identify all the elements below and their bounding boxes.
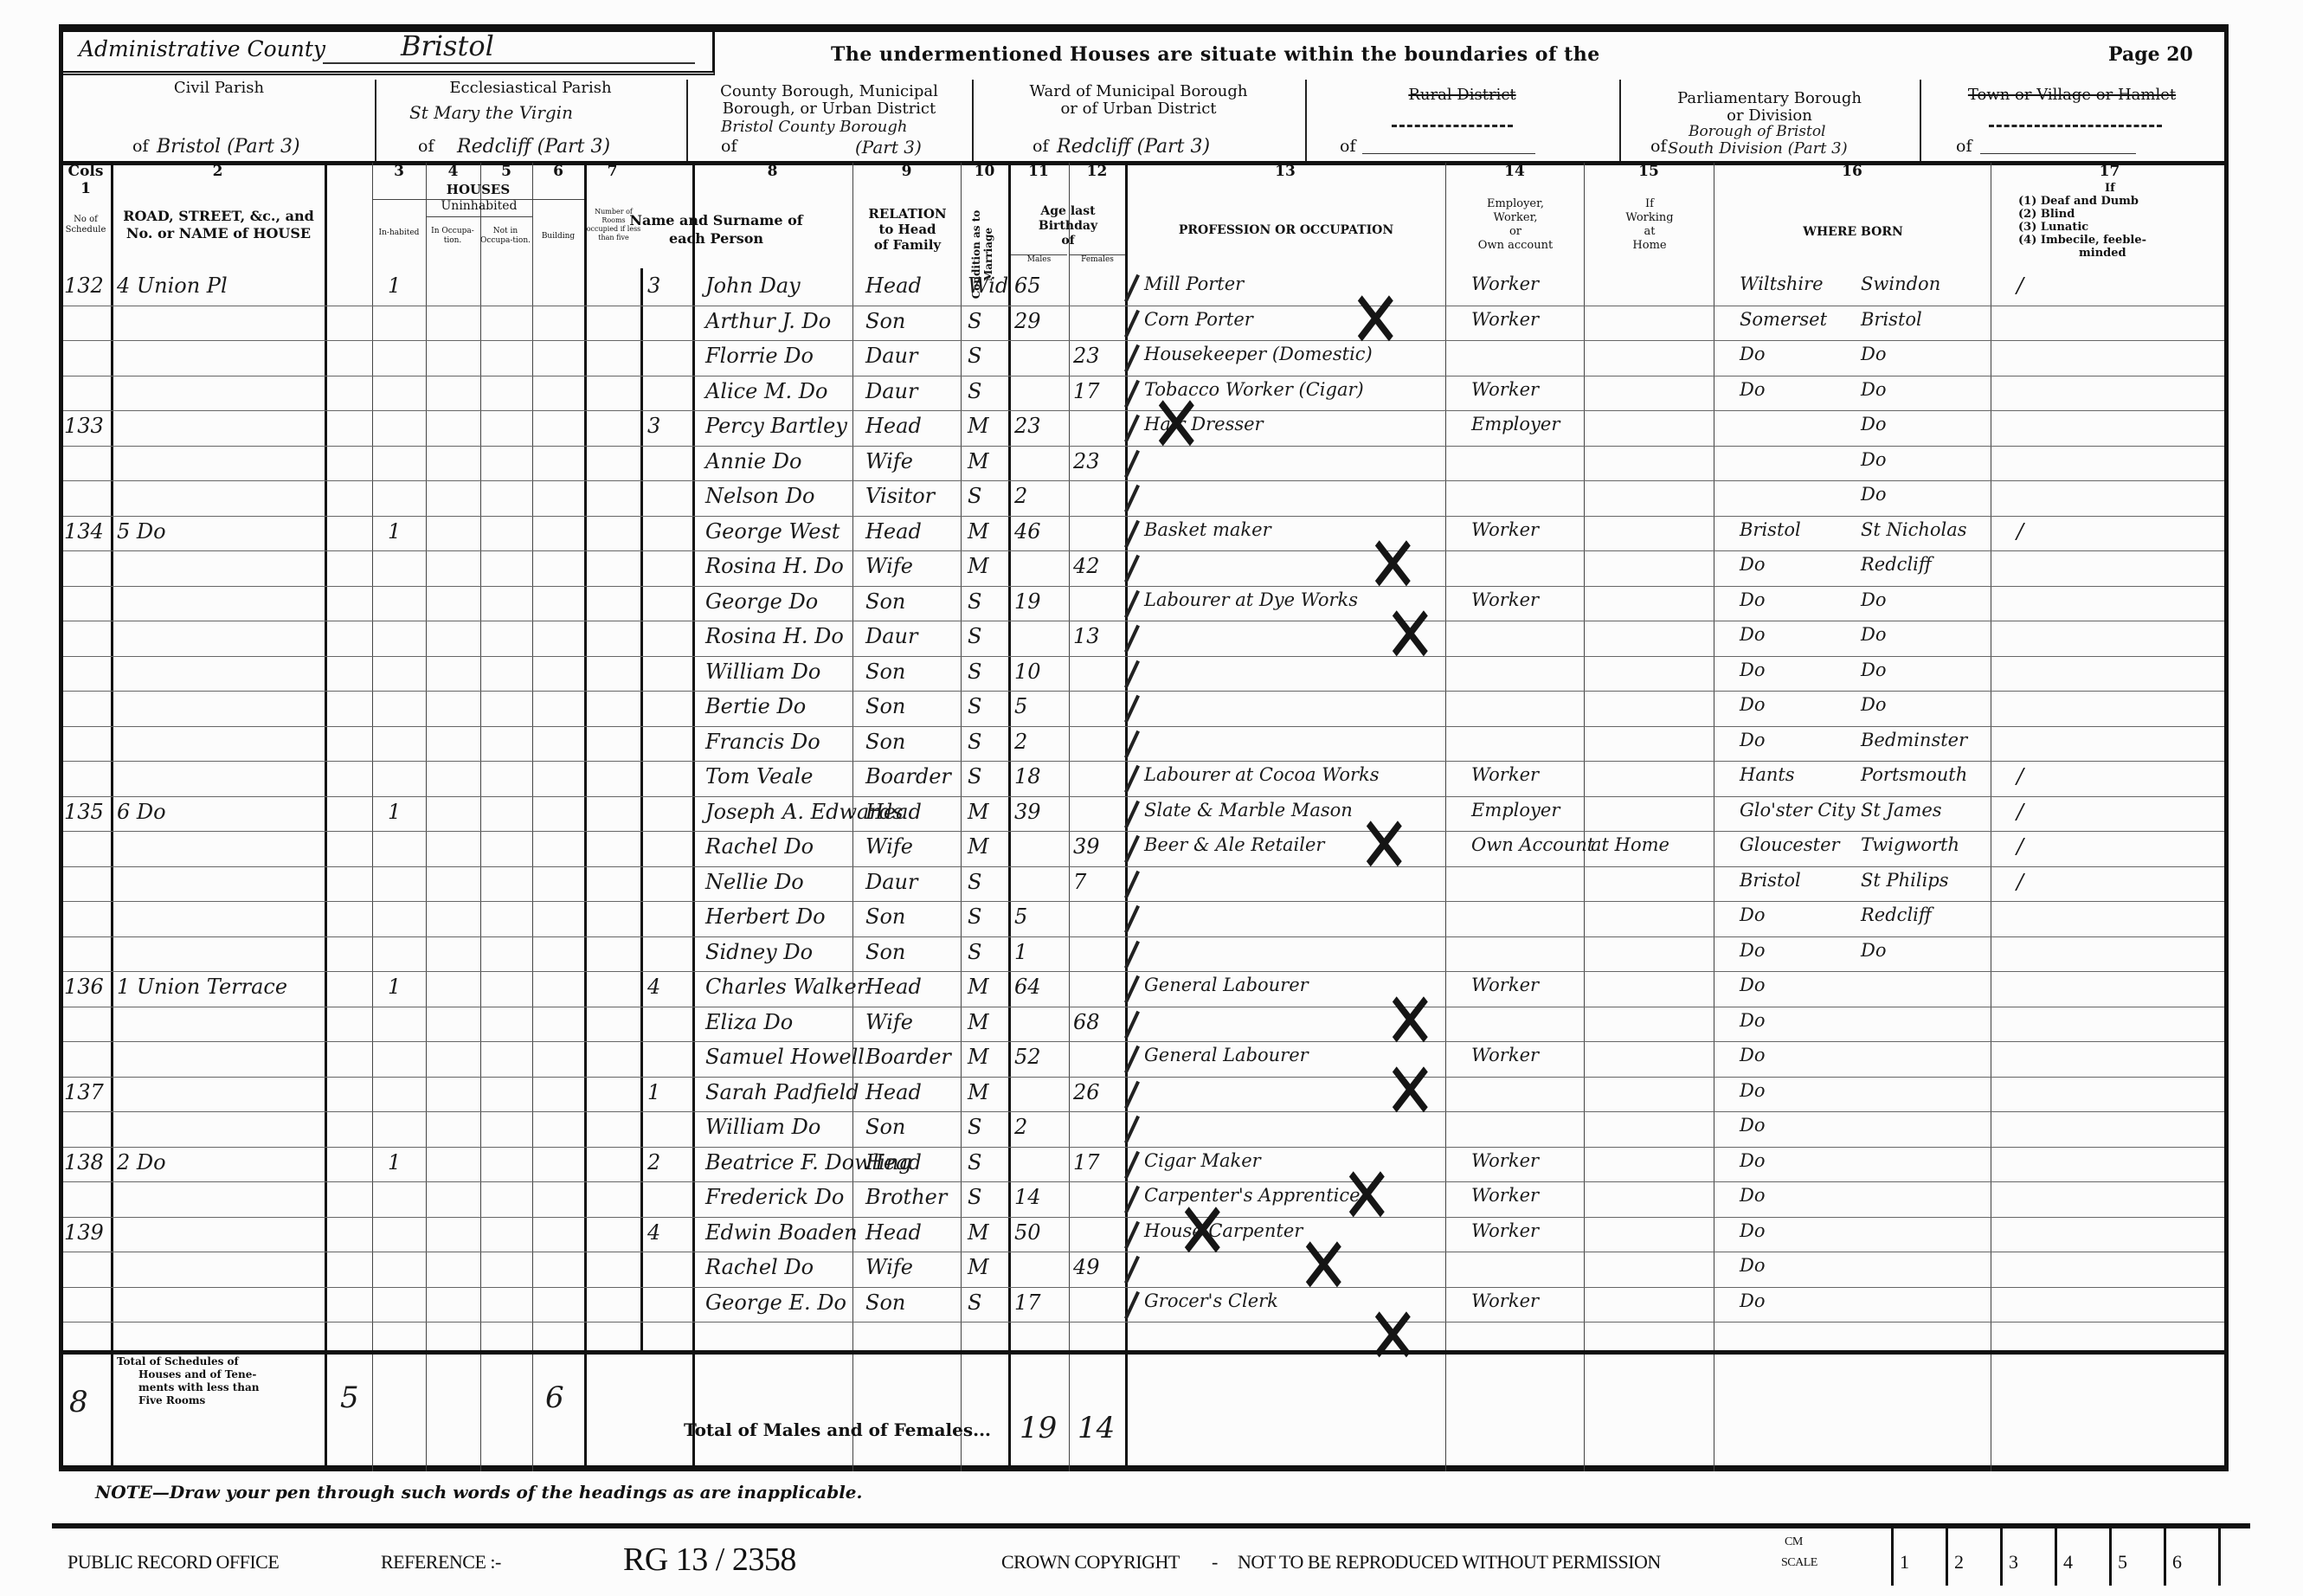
person-name: Alice M. Do xyxy=(705,379,827,403)
col1-header: No of Schedule xyxy=(61,215,111,235)
uninhabited-header: Uninhabited xyxy=(426,199,532,217)
col13-header: PROFESSION OR OCCUPATION xyxy=(1127,223,1445,237)
column-number: 8 xyxy=(692,163,852,182)
employment-status: Worker xyxy=(1471,975,1539,995)
ecclesiastical-parish-value: Redcliff (Part 3) xyxy=(457,136,610,158)
ecclesiastical-parish-value-line1: St Mary the Virgin xyxy=(409,102,573,123)
enumerator-cross-icon: ✕ xyxy=(1341,1157,1393,1236)
age-male: 64 xyxy=(1014,975,1041,999)
col12-header: Females xyxy=(1070,254,1125,264)
totals-rule xyxy=(63,1350,2224,1355)
person-name: Rachel Do xyxy=(705,1255,814,1279)
address: 1 Union Terrace xyxy=(117,975,287,999)
age-male: 10 xyxy=(1014,660,1041,684)
person-name: Arthur J. Do xyxy=(705,309,831,333)
age-male: 14 xyxy=(1014,1185,1041,1209)
person-name: Nellie Do xyxy=(705,870,804,894)
totals-label-line3: ments with less than xyxy=(117,1381,320,1394)
employment-status: Employer xyxy=(1471,414,1560,434)
marital-condition: S xyxy=(968,1290,981,1315)
col17-header-line1: (1) Deaf and Dumb xyxy=(2018,195,2224,208)
total-females: 14 xyxy=(1078,1411,1115,1445)
col3-header: In-habited xyxy=(374,228,424,238)
scale-tick xyxy=(1946,1528,1948,1586)
col9-header: RELATION to Head of Family xyxy=(854,206,961,253)
parliamentary-borough-title-1: Parliamentary Borough xyxy=(1619,90,1920,107)
scale-tick xyxy=(2109,1528,2112,1586)
column-divider xyxy=(1069,163,1070,1471)
employment-status: Worker xyxy=(1471,1220,1539,1241)
row-rule xyxy=(63,550,2224,551)
row-rule xyxy=(63,1322,2224,1322)
relation: Head xyxy=(865,975,922,999)
col6-header: Building xyxy=(533,232,583,241)
infirmity-mark: / xyxy=(2017,834,2023,859)
age-female: 39 xyxy=(1073,834,1100,859)
occupation: Corn Porter xyxy=(1144,309,1253,330)
column-number: 9 xyxy=(852,163,961,182)
enumerator-cross-icon: ✕ xyxy=(1367,1297,1418,1376)
age-male: 39 xyxy=(1014,800,1041,824)
age-female: 17 xyxy=(1073,1150,1100,1174)
birthplace-parish: Bristol xyxy=(1861,309,1922,330)
relation: Visitor xyxy=(865,484,935,508)
enumerator-cross-icon: ✕ xyxy=(1385,596,1436,675)
age-female: 23 xyxy=(1073,344,1100,368)
marital-condition: M xyxy=(968,449,989,473)
inhabited-count: 1 xyxy=(388,975,401,999)
county-borough-section: County Borough, Municipal Borough, or Ur… xyxy=(686,80,974,163)
relation: Son xyxy=(865,309,905,333)
age-female: 26 xyxy=(1073,1080,1100,1104)
col15-header-line3: at xyxy=(1586,225,1714,239)
admin-county-underline xyxy=(323,62,695,64)
rooms-count: 4 xyxy=(647,1220,660,1245)
column-divider xyxy=(325,163,327,1471)
footer-office: PUBLIC RECORD OFFICE xyxy=(68,1551,279,1573)
rural-district-of: of xyxy=(1340,137,1355,156)
age-male: 23 xyxy=(1014,414,1041,438)
employment-status: Worker xyxy=(1471,519,1539,540)
census-page: Administrative County Bristol The underm… xyxy=(0,0,2303,1596)
marital-condition: M xyxy=(968,1045,989,1069)
person-name: Eliza Do xyxy=(705,1010,793,1034)
age-male: 1 xyxy=(1014,940,1027,964)
column-divider xyxy=(584,163,587,1471)
age-male: 17 xyxy=(1014,1290,1041,1315)
col2-header-line1: ROAD, STREET, &c., and xyxy=(113,208,325,225)
employment-status: Worker xyxy=(1471,379,1539,400)
marital-condition: S xyxy=(968,1185,981,1209)
infirmity-mark: / xyxy=(2017,274,2023,298)
occupation: Labourer at Cocoa Works xyxy=(1144,764,1380,785)
occupation: General Labourer xyxy=(1144,975,1309,995)
rooms-count: 4 xyxy=(647,975,660,999)
scale-tick xyxy=(2164,1528,2166,1586)
civil-parish-value: Bristol (Part 3) xyxy=(157,136,300,158)
scale-number: 3 xyxy=(2009,1551,2018,1573)
footer-permission: NOT TO BE REPRODUCED WITHOUT PERMISSION xyxy=(1238,1551,1661,1573)
birthplace-parish: Do xyxy=(1861,694,1886,715)
row-rule xyxy=(63,410,2224,411)
age-female: 17 xyxy=(1073,379,1100,403)
col9-header-line3: of Family xyxy=(854,237,961,253)
ward-title-1: Ward of Municipal Borough xyxy=(972,83,1305,100)
relation: Son xyxy=(865,730,905,754)
occupation: Housekeeper (Domestic) xyxy=(1144,344,1373,364)
column-divider xyxy=(961,163,962,1471)
age-female: 68 xyxy=(1073,1010,1100,1034)
scale-number: 6 xyxy=(2172,1551,2182,1573)
birthplace-parish: Twigworth xyxy=(1861,834,1959,855)
birthplace-county: Do xyxy=(1740,589,1765,610)
col17-header-line4: (4) Imbecile, feeble- xyxy=(2018,234,2224,247)
birthplace-parish: Do xyxy=(1861,660,1886,680)
birthplace-county: Do xyxy=(1740,660,1765,680)
marital-condition: M xyxy=(968,1080,989,1104)
relation: Head xyxy=(865,274,922,298)
col11-header: Males xyxy=(1011,254,1067,264)
schedule-number: 135 xyxy=(64,800,104,824)
person-name: Samuel Howell xyxy=(705,1045,865,1069)
footer-reference: RG 13 / 2358 xyxy=(623,1541,796,1579)
column-number: 6 xyxy=(532,163,584,182)
scale-tick xyxy=(2000,1528,2003,1586)
row-rule xyxy=(63,376,2224,376)
total-rooms: 6 xyxy=(545,1380,564,1415)
parliamentary-borough-section: Parliamentary Borough or Division Boroug… xyxy=(1619,80,1921,163)
col5-header: Not in Occupa-tion. xyxy=(480,227,531,246)
county-borough-value-line1: Bristol County Borough xyxy=(721,118,908,136)
col14-header-line3: or xyxy=(1447,225,1584,239)
strike-squiggle xyxy=(1392,125,1513,132)
employment-status: Worker xyxy=(1471,1290,1539,1311)
relation: Wife xyxy=(865,449,913,473)
parliamentary-borough-title-2: or Division xyxy=(1619,107,1920,125)
rural-district-section: Rural District of xyxy=(1305,80,1621,163)
relation: Son xyxy=(865,1115,905,1139)
strike-squiggle xyxy=(1989,125,2162,132)
column-divider xyxy=(426,163,427,1471)
person-name: Rosina H. Do xyxy=(705,624,844,648)
page-number: Page 20 xyxy=(2108,43,2193,66)
col9-header-line1: RELATION xyxy=(854,206,961,222)
birthplace-parish: Bedminster xyxy=(1861,730,1967,750)
working-at-home: at Home xyxy=(1591,834,1669,855)
form-banner: The undermentioned Houses are situate wi… xyxy=(831,43,1600,66)
birthplace-parish: St Philips xyxy=(1861,870,1949,891)
houses-header: HOUSES xyxy=(372,182,584,200)
ecclesiastical-parish-of: of xyxy=(418,137,434,156)
marital-condition: S xyxy=(968,309,981,333)
age-male: 19 xyxy=(1014,589,1041,614)
ecclesiastical-parish-section: Ecclesiastical Parish St Mary the Virgin… xyxy=(375,80,688,163)
column-number: 3 xyxy=(372,163,426,182)
birthplace-county: Do xyxy=(1740,554,1765,575)
birthplace-parish: Redcliff xyxy=(1861,554,1932,575)
column-divider xyxy=(1714,163,1714,1471)
infirmity-mark: / xyxy=(2017,800,2023,824)
birthplace-parish: St James xyxy=(1861,800,1942,821)
employment-status: Worker xyxy=(1471,589,1539,610)
ward-value: Redcliff (Part 3) xyxy=(1057,136,1210,158)
age-female: 13 xyxy=(1073,624,1100,648)
column-number: 15 xyxy=(1584,163,1714,182)
marital-condition: S xyxy=(968,344,981,368)
parliamentary-borough-of: of xyxy=(1650,137,1666,156)
birthplace-county: Do xyxy=(1740,975,1765,995)
col14-header: Employer, Worker, or Own account xyxy=(1447,197,1584,253)
infirmity-mark: / xyxy=(2017,764,2023,788)
scale-label-2: SCALE xyxy=(1781,1556,1817,1570)
row-rule xyxy=(63,586,2224,587)
birthplace-county: Do xyxy=(1740,904,1765,925)
birthplace-county: Wiltshire xyxy=(1740,274,1824,294)
row-rule xyxy=(63,1287,2224,1288)
employment-status: Own Account xyxy=(1471,834,1594,855)
relation: Son xyxy=(865,1290,905,1315)
person-name: Nelson Do xyxy=(705,484,814,508)
employment-status: Employer xyxy=(1471,800,1560,821)
total-mf-label: Total of Males and of Females... xyxy=(684,1419,991,1440)
occupation: Basket maker xyxy=(1144,519,1271,540)
schedule-number: 133 xyxy=(64,414,104,438)
relation: Head xyxy=(865,1150,922,1174)
birthplace-county: Do xyxy=(1740,1220,1765,1241)
scale-number: 5 xyxy=(2118,1551,2127,1573)
employment-status: Worker xyxy=(1471,764,1539,785)
birthplace-county: Do xyxy=(1740,1255,1765,1276)
ecclesiastical-parish-title: Ecclesiastical Parish xyxy=(375,80,686,97)
age-female: 7 xyxy=(1073,870,1086,894)
admin-county-label: Administrative County xyxy=(79,36,325,61)
relation: Daur xyxy=(865,379,917,403)
marital-condition: Wid xyxy=(968,274,1008,298)
enumerator-cross-icon: ✕ xyxy=(1385,1052,1436,1130)
age-female: 42 xyxy=(1073,554,1100,578)
birthplace-parish: St Nicholas xyxy=(1861,519,1967,540)
person-name: Charles Walker xyxy=(705,975,866,999)
address: 6 Do xyxy=(117,800,166,824)
person-name: George Do xyxy=(705,589,818,614)
person-name: Frederick Do xyxy=(705,1185,844,1209)
marital-condition: S xyxy=(968,904,981,929)
birthplace-county: Do xyxy=(1740,1115,1765,1136)
marital-condition: M xyxy=(968,834,989,859)
marital-condition: S xyxy=(968,1115,981,1139)
enumerator-cross-icon: ✕ xyxy=(1151,386,1202,465)
person-name: Rosina H. Do xyxy=(705,554,844,578)
enumerator-cross-icon: ✕ xyxy=(1298,1227,1349,1306)
county-borough-value: (Part 3) xyxy=(855,137,922,158)
enumerator-cross-icon: ✕ xyxy=(1350,280,1401,359)
rural-district-title: Rural District xyxy=(1305,87,1619,104)
marital-condition: M xyxy=(968,519,989,544)
marital-condition: S xyxy=(968,694,981,718)
schedule-number: 134 xyxy=(64,519,104,544)
ward-title-2: or of Urban District xyxy=(972,100,1305,118)
col17-header: If (1) Deaf and Dumb (2) Blind (3) Lunat… xyxy=(1992,182,2224,260)
age-male: 5 xyxy=(1014,904,1027,929)
column-divider xyxy=(372,163,373,1471)
relation: Son xyxy=(865,660,905,684)
enumerator-cross-icon: ✕ xyxy=(1177,1192,1228,1271)
occupation: Mill Porter xyxy=(1144,274,1244,294)
relation: Son xyxy=(865,940,905,964)
row-rule xyxy=(63,516,2224,517)
birthplace-parish: Portsmouth xyxy=(1861,764,1967,785)
birthplace-parish: Do xyxy=(1861,484,1886,505)
column-divider xyxy=(1445,163,1446,1471)
person-name: Edwin Boaden xyxy=(705,1220,858,1245)
marital-condition: M xyxy=(968,1010,989,1034)
relation: Brother xyxy=(865,1185,947,1209)
relation: Wife xyxy=(865,554,913,578)
row-rule xyxy=(63,1007,2224,1007)
birthplace-county: Bristol xyxy=(1740,519,1801,540)
col11-12-header: Age last Birthday of xyxy=(1011,204,1125,248)
birthplace-parish: Do xyxy=(1861,940,1886,961)
birthplace-parish: Do xyxy=(1861,624,1886,645)
col17-header-line5: minded xyxy=(2018,247,2224,260)
rooms-count: 3 xyxy=(647,274,660,298)
birthplace-parish: Do xyxy=(1861,379,1886,400)
person-name: William Do xyxy=(705,660,820,684)
row-rule xyxy=(63,1147,2224,1148)
row-rule xyxy=(63,1077,2224,1078)
civil-parish-section: Civil Parish of Bristol (Part 3) xyxy=(63,80,376,163)
occupation: Labourer at Dye Works xyxy=(1144,589,1358,610)
town-village-of: of xyxy=(1956,137,1972,156)
person-name: George West xyxy=(705,519,840,544)
age-male: 2 xyxy=(1014,730,1027,754)
column-divider xyxy=(111,163,113,1471)
row-rule xyxy=(63,446,2224,447)
birthplace-parish: Redcliff xyxy=(1861,904,1932,925)
scale-tick xyxy=(2218,1528,2221,1586)
admin-county-box: Administrative County Bristol xyxy=(63,26,715,75)
relation: Head xyxy=(865,1080,922,1104)
age-male: 18 xyxy=(1014,764,1041,788)
relation: Head xyxy=(865,414,922,438)
row-rule xyxy=(63,901,2224,902)
row-rule xyxy=(63,971,2224,972)
column-number: 7 xyxy=(584,163,640,182)
relation: Son xyxy=(865,904,905,929)
row-rule xyxy=(63,761,2224,762)
col15-header-line1: If xyxy=(1586,197,1714,211)
enumerator-cross-icon: ✕ xyxy=(1359,807,1410,885)
total-inhabited: 5 xyxy=(340,1380,359,1415)
occupation: General Labourer xyxy=(1144,1045,1309,1065)
birthplace-county: Do xyxy=(1740,624,1765,645)
col4-header: In Occupa-tion. xyxy=(428,227,478,246)
marital-condition: M xyxy=(968,1220,989,1245)
totals-label-line2: Houses and of Tene- xyxy=(117,1368,320,1381)
rooms-count: 2 xyxy=(647,1150,660,1174)
marital-condition: M xyxy=(968,1255,989,1279)
age-female: 23 xyxy=(1073,449,1100,473)
row-rule xyxy=(63,1111,2224,1112)
col17-header-if: If xyxy=(2018,182,2224,195)
relation: Son xyxy=(865,694,905,718)
relation: Son xyxy=(865,589,905,614)
town-village-blank xyxy=(1980,153,2136,154)
occupation: Slate & Marble Mason xyxy=(1144,800,1353,821)
parliamentary-borough-value: South Division (Part 3) xyxy=(1668,139,1848,158)
relation: Wife xyxy=(865,834,913,859)
person-name: Sidney Do xyxy=(705,940,813,964)
row-rule xyxy=(63,340,2224,341)
column-number: 5 xyxy=(480,163,532,182)
ward-of: of xyxy=(1032,137,1048,156)
birthplace-county: Do xyxy=(1740,379,1765,400)
marital-condition: S xyxy=(968,1150,981,1174)
col14-header-line2: Worker, xyxy=(1447,211,1584,225)
birthplace-county: Do xyxy=(1740,1010,1765,1031)
column-number: 12 xyxy=(1069,163,1125,182)
marital-condition: S xyxy=(968,484,981,508)
column-divider xyxy=(1008,163,1011,1471)
row-rule xyxy=(63,726,2224,727)
row-rule xyxy=(63,866,2224,867)
row-rule xyxy=(63,1252,2224,1252)
row-rule xyxy=(63,691,2224,692)
marital-condition: S xyxy=(968,730,981,754)
person-name: Rachel Do xyxy=(705,834,814,859)
inhabited-count: 1 xyxy=(388,1150,401,1174)
col17-header-line2: (2) Blind xyxy=(2018,208,2224,221)
relation: Boarder xyxy=(865,1045,951,1069)
county-borough-title-1: County Borough, Municipal xyxy=(686,83,972,100)
schedule-number: 132 xyxy=(64,274,104,298)
footer-separator: - xyxy=(1212,1551,1218,1573)
col9-header-line2: to Head xyxy=(854,222,961,237)
relation: Daur xyxy=(865,870,917,894)
row-rule xyxy=(63,796,2224,797)
column-number: Cols 1 xyxy=(61,163,111,182)
column-number: 13 xyxy=(1125,163,1445,182)
person-name: John Day xyxy=(705,274,801,298)
address: 5 Do xyxy=(117,519,166,544)
occupation: Grocer's Clerk xyxy=(1144,1290,1278,1311)
employment-status: Worker xyxy=(1471,1045,1539,1065)
relation: Head xyxy=(865,1220,922,1245)
col15-header-line4: Home xyxy=(1586,239,1714,253)
totals-label-line4: Five Rooms xyxy=(117,1394,320,1407)
age-male: 65 xyxy=(1014,274,1041,298)
scale-number: 2 xyxy=(1954,1551,1964,1573)
person-name: Francis Do xyxy=(705,730,820,754)
row-rule xyxy=(63,936,2224,937)
col14-header-line1: Employer, xyxy=(1447,197,1584,211)
address: 4 Union Pl xyxy=(117,274,228,298)
infirmity-mark: / xyxy=(2017,519,2023,544)
birthplace-county: Do xyxy=(1740,1185,1765,1206)
birthplace-county: Do xyxy=(1740,940,1765,961)
marital-condition: S xyxy=(968,660,981,684)
town-village-section: Town or Village or Hamlet of xyxy=(1920,80,2224,163)
scale-tick xyxy=(2055,1528,2057,1586)
relation: Daur xyxy=(865,344,917,368)
relation: Head xyxy=(865,800,922,824)
birthplace-county: Somerset xyxy=(1740,309,1827,330)
birthplace-county: Do xyxy=(1740,1080,1765,1101)
relation: Daur xyxy=(865,624,917,648)
birthplace-parish: Swindon xyxy=(1861,274,1940,294)
admin-county-value: Bristol xyxy=(401,29,494,62)
footer-copyright: CROWN COPYRIGHT xyxy=(1001,1551,1180,1573)
